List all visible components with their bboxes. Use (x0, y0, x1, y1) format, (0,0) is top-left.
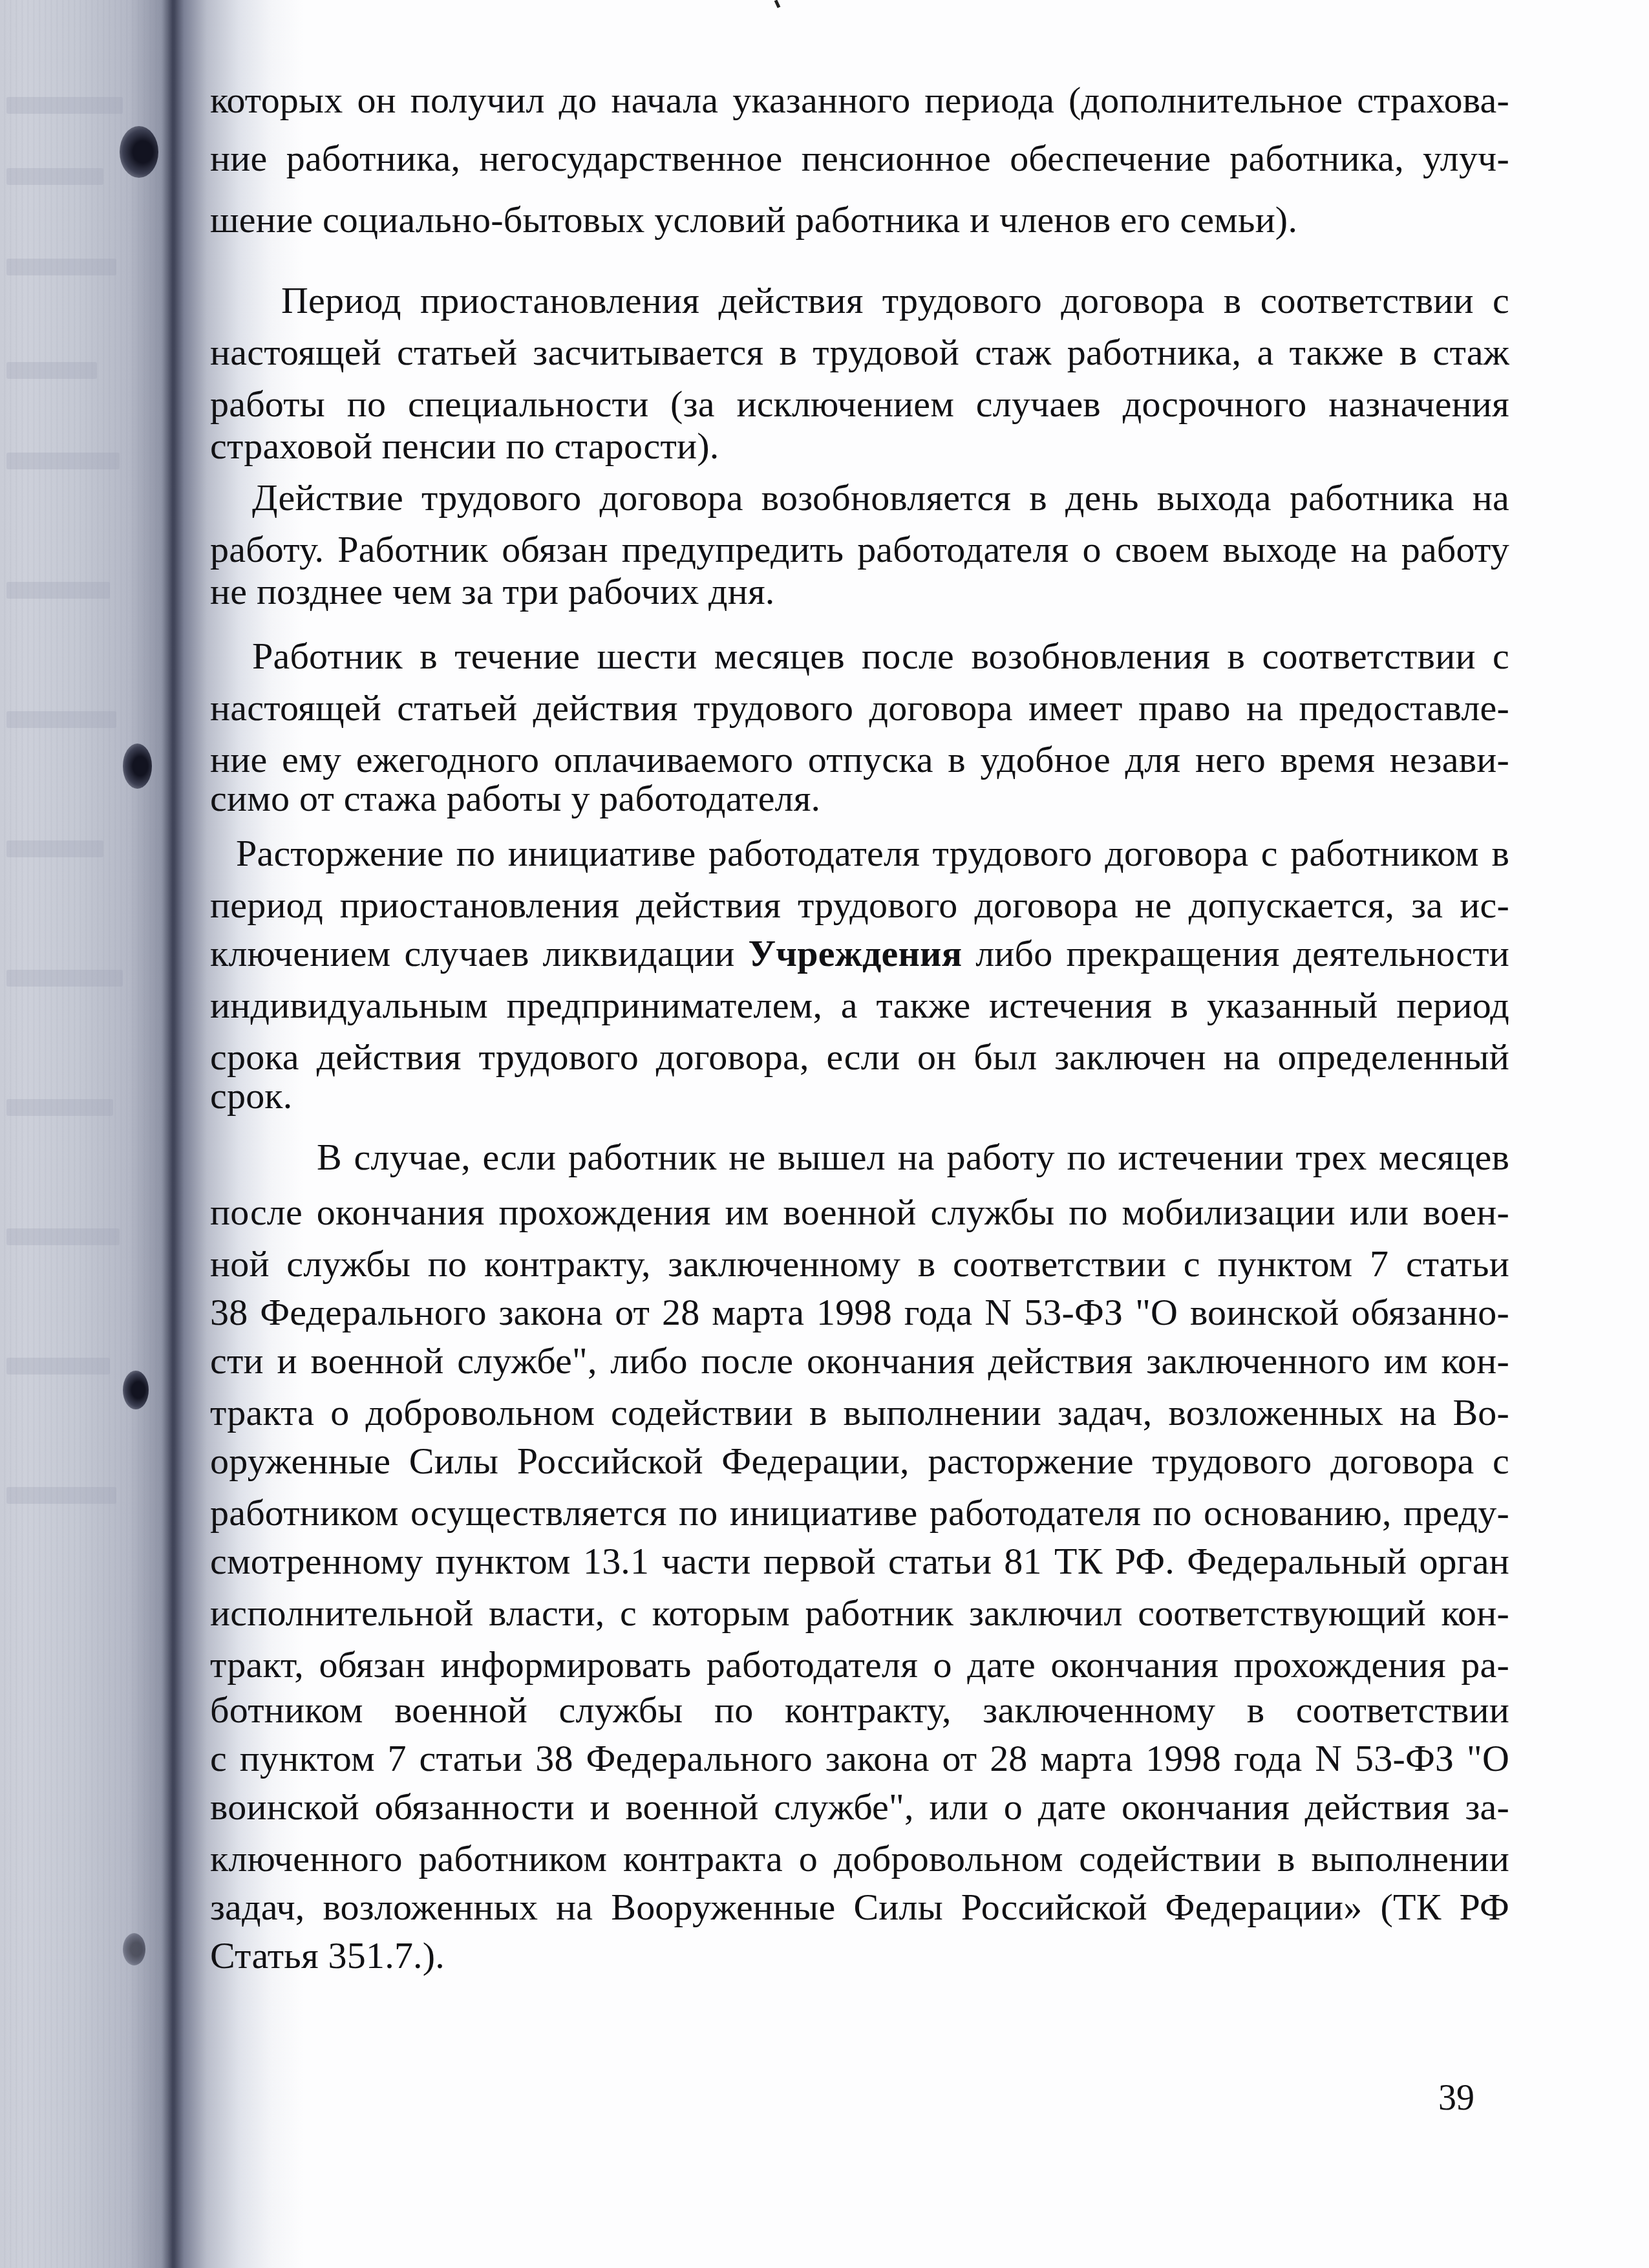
text-line: которых он получил до начала указанного … (210, 78, 1509, 123)
bleed-through-text (6, 582, 110, 599)
binding-hole-mark (123, 1371, 149, 1409)
text-line: работником осуществляется по инициативе … (210, 1490, 1509, 1535)
text-line: работы по специальности (за исключением … (210, 381, 1509, 427)
text-line: не позднее чем за три рабочих дня. (210, 569, 1509, 614)
bleed-through-text (6, 362, 97, 379)
text-line: Работник в течение шести месяцев после в… (252, 634, 1509, 679)
text-line: Действие трудового договора возобновляет… (252, 475, 1509, 520)
text-line: смотренному пунктом 13.1 части первой ст… (210, 1539, 1509, 1584)
text-line: ключением случаев ликвидации Учреждения … (210, 931, 1509, 976)
text-line: Расторжение по инициативе работодателя т… (236, 831, 1509, 876)
bleed-through-text (6, 1487, 116, 1504)
text-line: ботником военной службы по контракту, за… (210, 1687, 1509, 1733)
bleed-through-text (6, 970, 123, 987)
bleed-through-text (6, 259, 116, 275)
text-line: тракта о добровольном содействии в выпол… (210, 1390, 1509, 1435)
text-line: индивидуальным предпринимателем, а также… (210, 983, 1509, 1028)
text-line: страховой пенсии по старости). (210, 423, 1509, 469)
text-segment: либо прекращения деятельности (962, 932, 1509, 974)
text-line: работу. Работник обязан предупредить раб… (210, 527, 1509, 572)
bleed-through-text (6, 840, 103, 857)
text-line: воинской обязанности и военной службе", … (210, 1784, 1509, 1830)
text-line: Период приостановления действия трудовог… (281, 278, 1509, 323)
bleed-through-text (6, 711, 116, 728)
text-line: с пунктом 7 статьи 38 Федерального закон… (210, 1736, 1509, 1781)
text-line: исполнительной власти, с которым работни… (210, 1590, 1509, 1636)
bleed-through-text (6, 168, 103, 185)
text-line: В случае, если работник не вышел на рабо… (317, 1135, 1509, 1180)
text-line: после окончания прохождения им военной с… (210, 1190, 1509, 1235)
bold-term: Учреждения (749, 932, 963, 974)
text-line: 38 Федерального закона от 28 марта 1998 … (210, 1290, 1509, 1335)
text-line: период приостановления действия трудовог… (210, 883, 1509, 928)
page-number: 39 (1438, 2079, 1474, 2117)
bleed-through-text (6, 1228, 120, 1245)
text-line: шение социально-бытовых условий работник… (210, 197, 1509, 242)
text-line: настоящей статьей действия трудового дог… (210, 685, 1509, 731)
text-line: настоящей статьей засчитывается в трудов… (210, 330, 1509, 375)
top-cutoff-mark (774, 0, 781, 8)
text-line: оруженные Силы Российской Федерации, рас… (210, 1439, 1509, 1484)
text-line: ние работника, негосударственное пенсион… (210, 136, 1509, 181)
text-segment: ключением случаев ликвидации (210, 932, 749, 974)
text-line: срок. (210, 1073, 1509, 1118)
text-line: тракт, обязан информировать работодателя… (210, 1642, 1509, 1687)
text-line: сти и военной службе", либо после оконча… (210, 1338, 1509, 1384)
binding-hole-mark (120, 126, 158, 178)
binding-hole-mark (123, 744, 152, 789)
text-line: Статья 351.7.). (210, 1933, 1509, 1978)
bleed-through-text (6, 1358, 110, 1375)
bleed-through-text (6, 97, 123, 114)
text-line: ной службы по контракту, заключенному в … (210, 1241, 1509, 1287)
bleed-through-text (6, 1099, 113, 1116)
text-line: ключенного работником контракта о добров… (210, 1836, 1509, 1881)
text-line: симо от стажа работы у работодателя. (210, 776, 1509, 821)
bleed-through-text (6, 453, 120, 469)
binding-hole-mark (123, 1933, 145, 1965)
text-line: задач, возложенных на Вооруженные Силы Р… (210, 1885, 1509, 1930)
scanner-streaks (0, 0, 175, 2268)
